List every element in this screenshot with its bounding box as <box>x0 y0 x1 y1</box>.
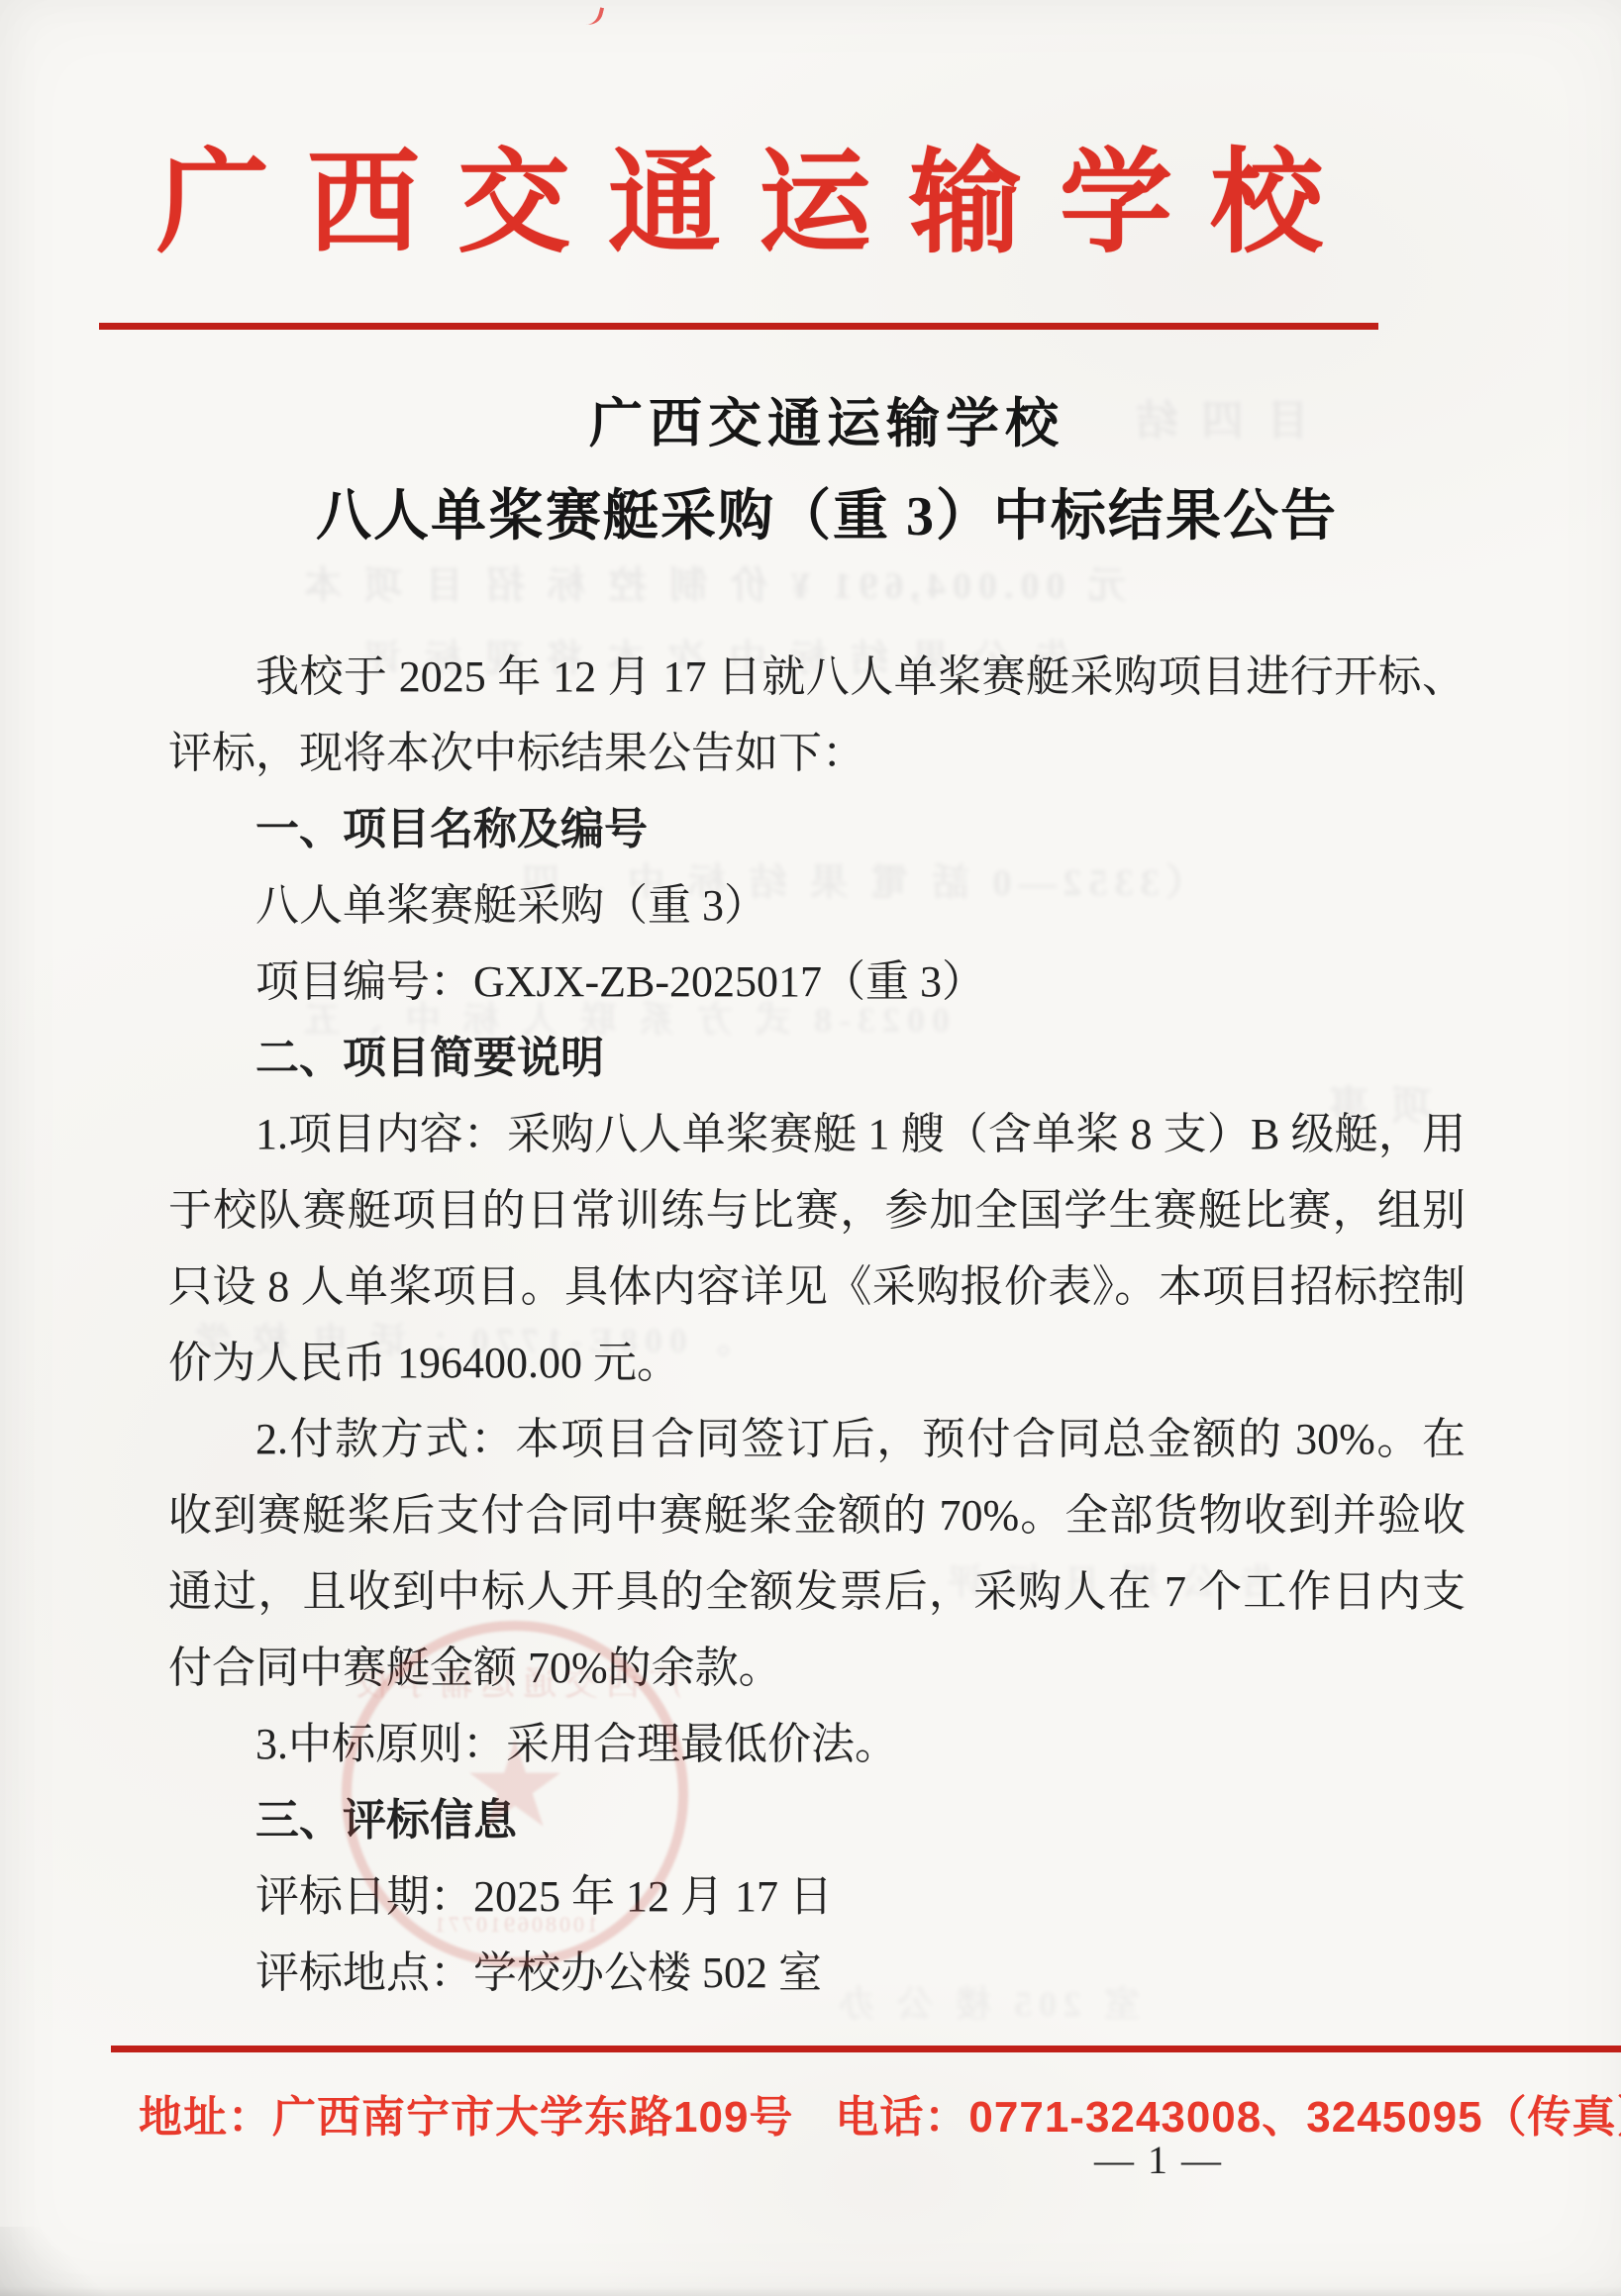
footer-address: 地址：广西南宁市大学东路109号 <box>139 2081 793 2145</box>
red-pen-mark <box>584 4 604 27</box>
document-title: 广西交通运输学校 八人单桨赛艇采购（重 3）中标结果公告 <box>168 390 1485 549</box>
body-paragraph: 评标日期：2025 年 12 月 17 日 <box>168 1858 1466 1935</box>
section-heading: 二、项目简要说明 <box>168 1020 1466 1096</box>
body-paragraph: 项目编号：GXJX-ZB-2025017（重 3） <box>168 944 1466 1020</box>
footer-divider-rule <box>111 2046 1621 2052</box>
scanned-document-page: 广西交通运输学校 广西交通运输学校 八人单桨赛艇采购（重 3）中标结果公告 我校… <box>0 0 1621 2296</box>
document-title-line1: 广西交通运输学校 <box>168 390 1485 457</box>
document-body: 我校于 2025 年 12 月 17 日就八人单桨赛艇采购项目进行开标、评标，现… <box>168 639 1466 2011</box>
footer-contact-line: 地址：广西南宁市大学东路109号 电话：0771-3243008、3245095… <box>139 2081 1621 2145</box>
body-paragraph: 我校于 2025 年 12 月 17 日就八人单桨赛艇采购项目进行开标、评标，现… <box>168 639 1466 791</box>
body-paragraph: 3.中标原则：采用合理最低价法。 <box>168 1706 1466 1782</box>
document-title-line2: 八人单桨赛艇采购（重 3）中标结果公告 <box>168 485 1485 549</box>
body-paragraph: 评标地点：学校办公楼 502 室 <box>168 1935 1466 2011</box>
footer-phone: 电话：0771-3243008、3245095（传真） <box>835 2081 1621 2145</box>
page-corner-shadow <box>0 2227 109 2296</box>
page-number: — 1 — <box>1030 2137 1287 2183</box>
bleedthrough-ghost-line: 元 00.004,691 ¥ 价 制 控 标 招 目 项 本 <box>297 554 1126 609</box>
body-paragraph: 1.项目内容：采购八人单桨赛艇 1 艘（含单桨 8 支）B 级艇，用于校队赛艇项… <box>168 1096 1466 1401</box>
body-paragraph: 八人单桨赛艇采购（重 3） <box>168 867 1466 944</box>
body-paragraph: 2.付款方式：本项目合同签订后，预付合同总金额的 30%。在收到赛艇桨后支付合同… <box>168 1401 1466 1706</box>
letterhead-divider-rule <box>99 323 1378 330</box>
page-bottom-edge-shadow <box>0 2286 1621 2296</box>
letterhead-school-name: 广西交通运输学校 <box>156 145 1361 263</box>
section-heading: 一、项目名称及编号 <box>168 791 1466 867</box>
section-heading: 三、评标信息 <box>168 1782 1466 1858</box>
